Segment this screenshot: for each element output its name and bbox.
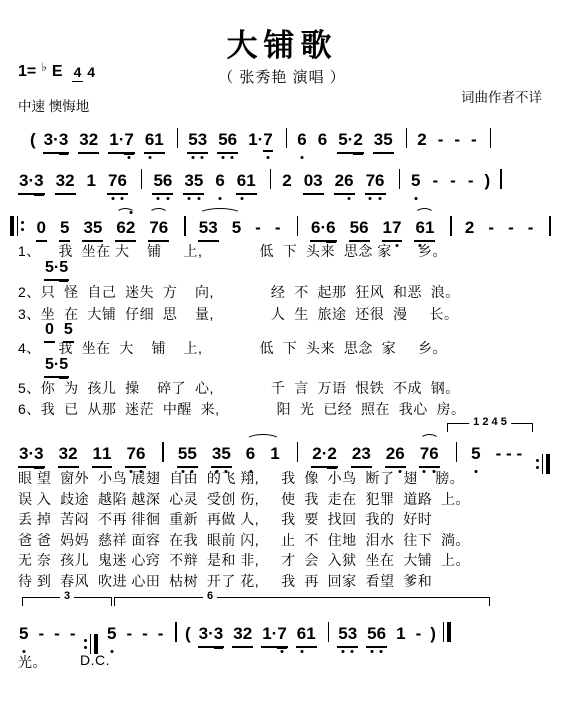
tempo-marking: 中速 懊悔地 [18,95,89,115]
volta-bracket-1245: 1 2 4 5 [447,423,533,432]
key-time-signature: 1=♭E 4 4 [18,63,95,81]
song-title: 大铺歌 [0,20,564,65]
composer-credit: 词曲作者不详 [461,86,542,106]
lyrics-verse-3: 3、坐 在 大铺 仔细 思 量, 人 生 旅途 还很 漫 长。 [18,304,458,324]
dc-marking: D.C. [80,652,110,668]
sheet-music-page: 大铺歌 （ 张秀艳 演唱 ） 1=♭E 4 4 中速 懊悔地 词曲作者不详 (3… [0,0,564,717]
music-line-ending: 5---5---(3·3321·76153561-) [18,622,459,654]
lyrics-verse-6: 6、我 已 从那 迷茫 中醒 来, 阳 光 已经 照在 我心 房。 [18,399,466,419]
key-note: E [52,63,63,81]
key-prefix: 1= [18,63,36,81]
volta-label-3: 3 [60,590,74,602]
music-line-intro-1: (3·3321·76153561·7665·2352--- [30,128,500,154]
flat-icon: ♭ [41,60,47,74]
music-line-intro-2: 3·332176563566120326765---) [18,169,512,195]
volta-bracket-6: 6 [114,597,490,606]
volta-label-1245: 1 2 4 5 [469,416,511,428]
lyrics-verse-5: 5、你 为 孩儿 操 碎了 心, 千 言 万语 恨铁 不成 钢。 [18,378,460,398]
lyrics-verse-2: 2、只 怪 自己 迷失 方 向, 经 不 起那 狂风 和恶 浪。 [18,282,460,302]
volta-label-6: 6 [203,590,217,602]
time-denominator: 4 [87,63,95,80]
lyrics-verse-4: 4、 我 坐在 大 铺 上, 低 下 头来 思念 家 乡。 [18,338,447,358]
music-line-verse: 05356276535--6·65617612--- [10,216,563,242]
pickup-notes-3: 5·5 [44,356,77,378]
volta-bracket-3: 3 [22,597,112,606]
lyrics-verse-1: 1、 我 坐在 大 铺 上, 低 下 头来 思念 家 乡。 [18,241,447,261]
time-numerator: 4 [72,64,84,82]
lyrics-coda: 光。 [18,652,47,672]
pickup-notes-1: 5·5 [44,259,77,281]
lyrics-block: 眼 望 窗外 小鸟 展翅 自由 的飞 翔, 我 像 小鸟 断了 翅 膀。误 入 … [18,468,470,591]
time-signature: 4 4 [72,65,95,79]
